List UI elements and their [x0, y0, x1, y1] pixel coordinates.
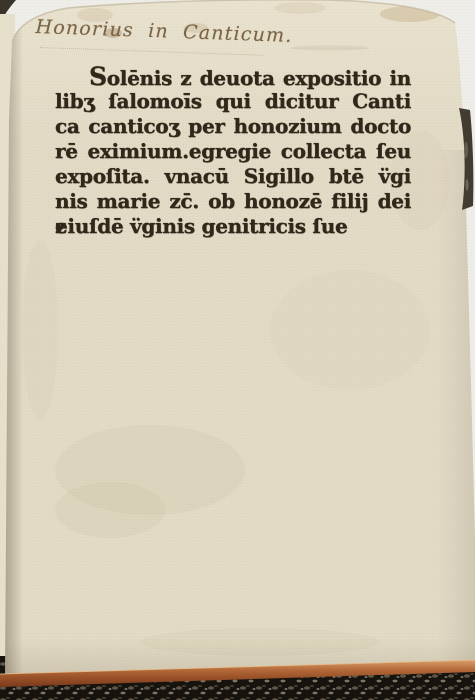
- printed-line: ca canticoʒ per honozium docto: [55, 114, 411, 139]
- printed-line: eiuſdē v̈ginis genitricis ſue: [55, 214, 411, 239]
- printed-line: libʒ ſalomoīs qui dicitur Canti: [55, 89, 411, 114]
- printed-line: rē eximium.egregie collecta ſeu: [55, 139, 411, 164]
- printed-line: Solēnis z deuota expositio in: [55, 64, 411, 89]
- printed-line: nis marie zc̄. ob honozē filij dei z: [55, 189, 411, 214]
- book-photo: Honorius in Canticum. Solēnis z deuota e…: [0, 0, 475, 700]
- printed-line: expoſita. vnacū Sigillo btē v̈gi: [55, 164, 411, 189]
- printed-title-block: Solēnis z deuota expositio in libʒ ſalom…: [55, 64, 411, 239]
